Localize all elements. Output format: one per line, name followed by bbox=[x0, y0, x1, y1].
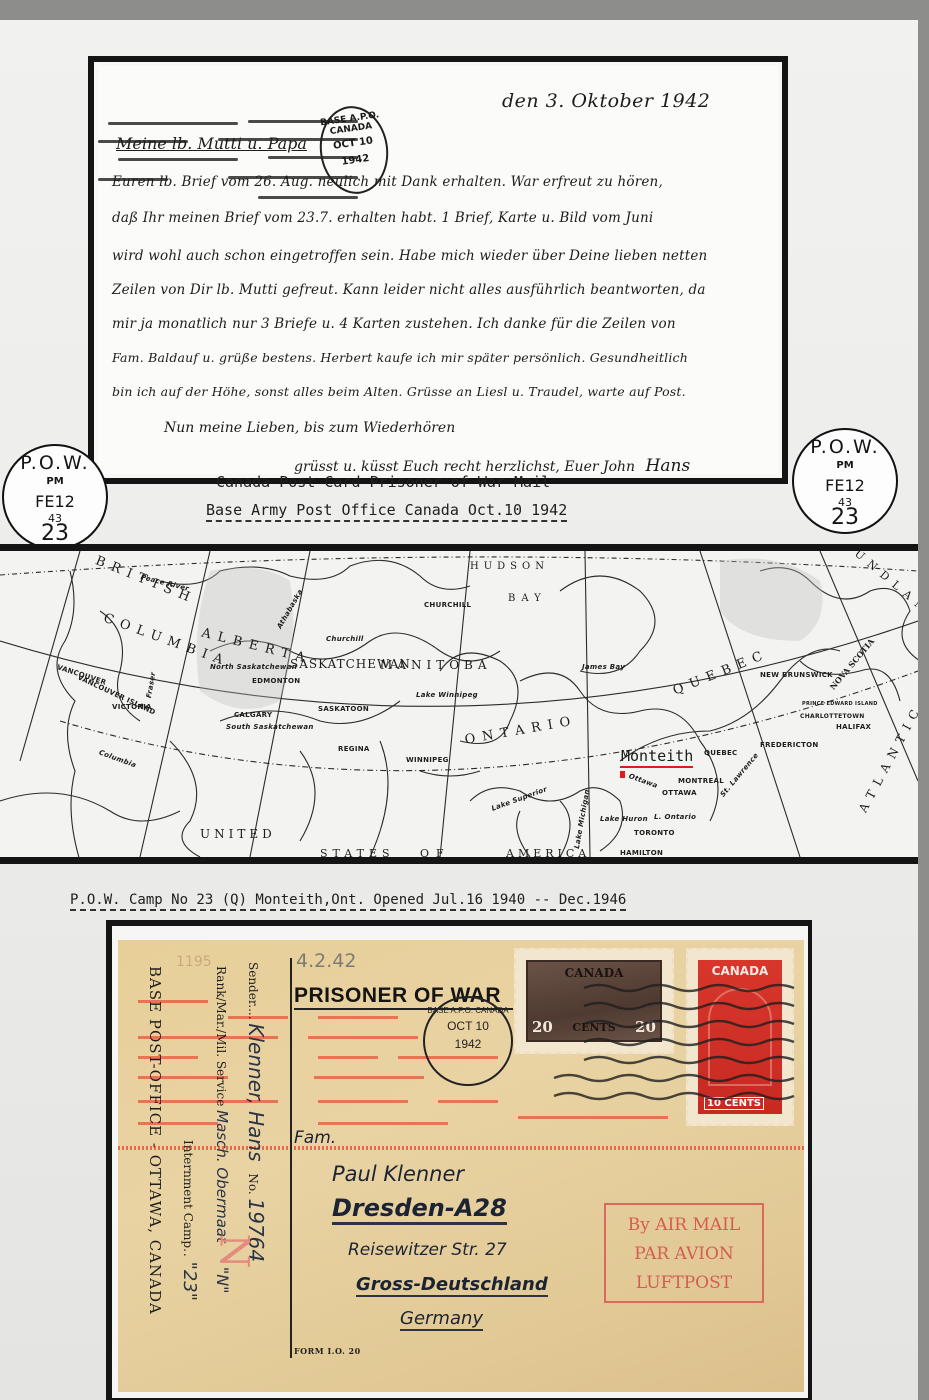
rank-mark: "N" bbox=[213, 1267, 232, 1294]
map-label-water: Lake Winnipeg bbox=[416, 691, 478, 699]
airmail-line: LUFTPOST bbox=[606, 1269, 762, 1298]
pow-postmark-camp: 23 bbox=[794, 507, 896, 529]
map-label-island: PRINCE EDWARD ISLAND bbox=[802, 701, 878, 707]
caption-postcard-type: Canada Post Card Prisoner of War Mail bbox=[216, 473, 550, 491]
map-label-water: Lake Huron bbox=[600, 815, 648, 823]
address-country: Germany bbox=[400, 1308, 483, 1331]
address-name: Paul Klenner bbox=[332, 1162, 464, 1186]
pow-postmark-right: P.O.W. PM FE12 43 23 bbox=[792, 428, 898, 534]
map-label-city: HAMILTON bbox=[620, 849, 663, 857]
letter-line: wird wohl auch schon eingetroffen sein. … bbox=[112, 248, 707, 264]
map-label-province: NEW BRUNSWICK bbox=[760, 671, 833, 679]
map-label-city: REGINA bbox=[338, 745, 370, 753]
side-office-text: BASE POST-OFFICE - OTTAWA, CANADA bbox=[146, 966, 164, 1315]
postcard-frame: 1195 4.2.42 BASE POST-OFFICE - OTTAWA, C… bbox=[106, 920, 812, 1400]
airmail-line: PAR AVION bbox=[606, 1240, 762, 1269]
letter-line: Euren lb. Brief vom 26. Aug. neulich mit… bbox=[112, 174, 663, 190]
map-label-water: BAY bbox=[508, 593, 547, 604]
caption-camp-info: P.O.W. Camp No 23 (Q) Monteith,Ont. Open… bbox=[70, 892, 626, 911]
map-label-city: SASKATOON bbox=[318, 705, 369, 713]
map-highlight-monteith: Monteith bbox=[620, 747, 693, 768]
letter-salutation: Meine lb. Mutti u. Papa bbox=[116, 134, 307, 153]
rank-label: Rank/Mar./Mil. Service bbox=[214, 966, 228, 1106]
map-label-city: TORONTO bbox=[634, 829, 675, 837]
pow-postmark-date: FE12 bbox=[4, 492, 106, 511]
airmail-line: By AIR MAIL bbox=[606, 1211, 762, 1240]
postmark-year: 1942 bbox=[323, 150, 388, 170]
pow-postmark-title: P.O.W. bbox=[794, 436, 896, 458]
pow-postmark-left: P.O.W. PM FE12 43 23 bbox=[2, 444, 108, 550]
map-label-city: QUEBEC bbox=[704, 749, 737, 757]
album-page: BASE A.P.O. CANADA OCT 10 1942 den 3. Ok… bbox=[0, 20, 918, 1400]
form-number: FORM I.O. 20 bbox=[294, 1346, 361, 1356]
letter-date: den 3. Oktober 1942 bbox=[502, 90, 710, 112]
letter-line: mir ja monatlich nur 3 Briefe u. 4 Karte… bbox=[112, 316, 676, 332]
address-region: Gross-Deutschland bbox=[356, 1274, 548, 1297]
map-label-river: North Saskatchewan bbox=[210, 663, 297, 671]
map-label-city: HALIFAX bbox=[836, 723, 871, 731]
letter-signature: Hans bbox=[646, 456, 691, 476]
wavy-cancel-lines bbox=[514, 966, 804, 1146]
map-label-province: MANITOBA bbox=[380, 658, 492, 672]
internment-camp-field: Internment Camp.. "23" bbox=[179, 1140, 200, 1301]
pencil-date-note: 4.2.42 bbox=[296, 950, 356, 972]
letter-line: Zeilen von Dir lb. Mutti gefreut. Kann l… bbox=[112, 282, 706, 298]
address-city: Dresden-A28 bbox=[332, 1194, 507, 1225]
map-label-city: CALGARY bbox=[234, 711, 272, 719]
map-label-country: AMERICA bbox=[506, 847, 590, 860]
airmail-stamp: By AIR MAIL PAR AVION LUFTPOST bbox=[604, 1203, 764, 1303]
pow-postmark-title: P.O.W. bbox=[4, 452, 106, 474]
sender-name: Klenner, Hans bbox=[244, 1023, 268, 1161]
map-label-city: EDMONTON bbox=[252, 677, 300, 685]
letter-line: bin ich auf der Höhe, sonst alles beim A… bbox=[112, 384, 686, 399]
address-street: Reisewitzer Str. 27 bbox=[348, 1240, 507, 1260]
letter-line: daß Ihr meinen Brief vom 23.7. erhalten … bbox=[112, 210, 653, 226]
map-label-city: OTTAWA bbox=[662, 789, 697, 797]
letter-frame: BASE A.P.O. CANADA OCT 10 1942 den 3. Ok… bbox=[88, 56, 788, 484]
pow-postcard: 1195 4.2.42 BASE POST-OFFICE - OTTAWA, C… bbox=[118, 940, 804, 1392]
internment-camp-label: Internment Camp bbox=[181, 1140, 195, 1248]
faint-pencil-note: 1195 bbox=[176, 954, 212, 970]
map-label-city: WINNIPEG bbox=[406, 756, 449, 764]
map-label-city: CHARLOTTETOWN bbox=[800, 713, 865, 720]
map-label-city: CHURCHILL bbox=[424, 601, 471, 609]
map-label-city: FREDERICTON bbox=[760, 741, 819, 749]
card-divider bbox=[290, 958, 292, 1358]
sender-field: Sender.... Klenner, Hans No. 19764 bbox=[244, 962, 268, 1262]
address-salutation: Fam. bbox=[294, 1128, 336, 1148]
pow-postmark-date: FE12 bbox=[794, 476, 896, 495]
map-label-country: OF bbox=[420, 847, 451, 860]
censor-mark: N bbox=[211, 1234, 257, 1269]
map-label-city: MONTREAL bbox=[678, 777, 724, 785]
canada-map: BRITISH COLUMBIA ALBERTA SASKATCHEWAN MA… bbox=[0, 544, 918, 864]
map-label-river: Churchill bbox=[326, 635, 364, 643]
monteith-marker bbox=[620, 771, 625, 778]
letter-closing: Nun meine Lieben, bis zum Wiederhören bbox=[164, 420, 455, 436]
pow-postmark-time: PM bbox=[4, 476, 106, 487]
sender-number-label: No. bbox=[246, 1173, 260, 1194]
postmark-ring-text: BASE A.P.O. CANADA bbox=[425, 1006, 511, 1015]
map-label-country: UNITED bbox=[200, 827, 276, 841]
caption-post-office-date: Base Army Post Office Canada Oct.10 1942 bbox=[206, 501, 567, 522]
postmark-year: 1942 bbox=[425, 1037, 511, 1051]
map-label-water: L. Ontario bbox=[654, 813, 696, 821]
map-label-country: STATES bbox=[320, 847, 395, 860]
pow-postmark-camp: 23 bbox=[4, 523, 106, 545]
map-label-river: South Saskatchewan bbox=[226, 723, 314, 731]
postmark-date: OCT 10 bbox=[425, 1019, 511, 1033]
sender-label: Sender bbox=[246, 962, 260, 1004]
pow-letter: BASE A.P.O. CANADA OCT 10 1942 den 3. Ok… bbox=[98, 66, 778, 474]
letter-line: Fam. Baldauf u. grüße bestens. Herbert k… bbox=[112, 350, 688, 365]
internment-camp-value: "23" bbox=[179, 1262, 200, 1301]
card-postmark: BASE A.P.O. CANADA OCT 10 1942 bbox=[423, 996, 513, 1086]
rank-value: Masch. Obermaat bbox=[213, 1110, 231, 1243]
map-label-water: HUDSON bbox=[470, 561, 549, 572]
map-label-water: James Bay bbox=[582, 663, 625, 671]
pow-postmark-time: PM bbox=[794, 460, 896, 471]
